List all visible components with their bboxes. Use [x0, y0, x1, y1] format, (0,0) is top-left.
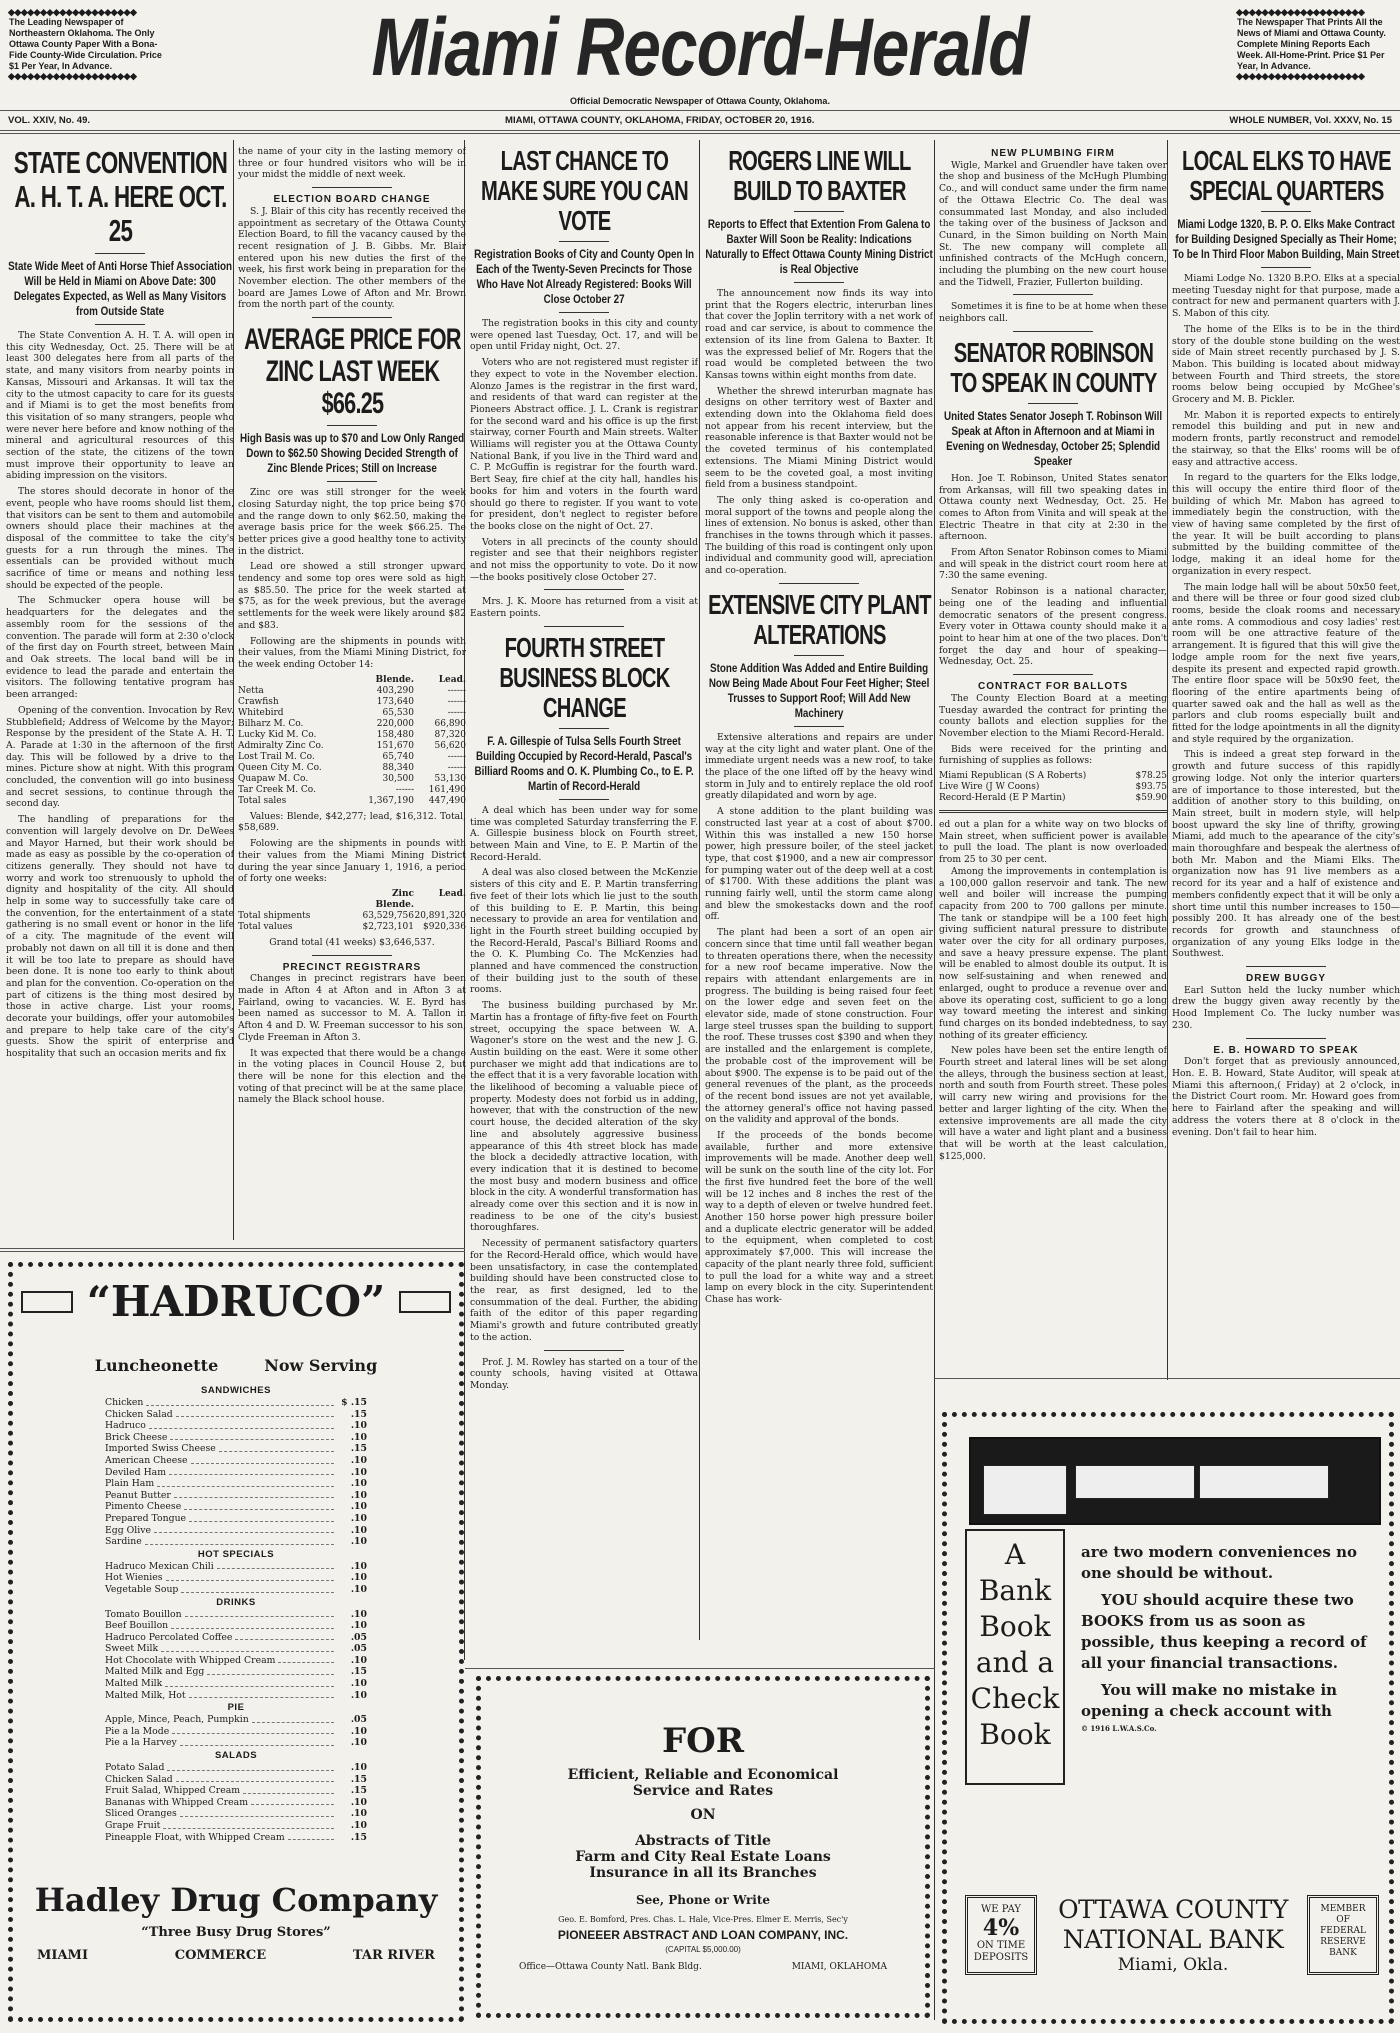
headline: FOURTH STREET BUSINESS BLOCK CHANGE: [470, 633, 698, 723]
menu-item: American Cheese.10: [105, 1455, 367, 1467]
deck: Registration Books of City and County Op…: [470, 247, 698, 307]
divider: [794, 726, 844, 727]
menu-item-price: .15: [337, 1443, 367, 1455]
row-label: Total shipments: [238, 911, 362, 922]
leader-dots: [176, 1409, 334, 1418]
leader-dots: [184, 1501, 334, 1510]
table-row: Total values$2,723,101$920,336: [238, 922, 466, 933]
diamond-border: ◆◆◆◆◆◆◆◆◆◆◆◆◆◆◆◆◆◆◆◆: [8, 72, 163, 81]
deck: United States Senator Joseph T. Robinson…: [939, 409, 1167, 469]
row-label: Record-Herald (E P Martin): [939, 793, 1115, 804]
paragraph: Wigle, Markel and Gruendler have taken o…: [939, 160, 1167, 289]
paragraph: In regard to the quarters for the Elks l…: [1172, 472, 1400, 577]
divider: [0, 1248, 465, 1249]
leader-dots: [278, 1655, 334, 1664]
menu-section-heading: PIE: [105, 1702, 367, 1713]
divider: [544, 589, 624, 590]
leader-dots: [165, 1678, 334, 1687]
leader-dots: [154, 1525, 334, 1534]
menu-item: Malted Milk, Hot.10: [105, 1690, 367, 1702]
menu-item-name: Pie a la Mode: [105, 1726, 169, 1738]
big-word: Book: [967, 1609, 1063, 1645]
paragraph: Whether the shrewd interurban magnate ha…: [705, 386, 933, 491]
row-value: ------: [414, 686, 466, 697]
menu-item-price: .10: [337, 1478, 367, 1490]
leader-dots: [171, 1620, 334, 1629]
interest-rate: 4%: [968, 1916, 1034, 1940]
divider: [559, 728, 609, 729]
big-word: Bank: [967, 1573, 1063, 1609]
row-value: $93.75: [1115, 782, 1167, 793]
menu-item-price: .15: [337, 1832, 367, 1844]
paragraph: A deal was also closed between the McKen…: [470, 867, 698, 996]
menu-item: Beef Bouillon.10: [105, 1620, 367, 1632]
table-row: Lucky Kid M. Co.158,48087,320: [238, 730, 466, 741]
divider: [559, 799, 609, 800]
leader-dots: [166, 1572, 335, 1581]
leader-dots: [145, 1536, 334, 1545]
paragraph: The handling of preparations for the con…: [6, 814, 234, 1060]
menu-item-name: Hadruco: [105, 1420, 146, 1432]
divider: [312, 187, 392, 188]
leader-dots: [163, 1820, 334, 1829]
service: Abstracts of Title: [481, 1833, 925, 1849]
menu-item-price: .15: [337, 1409, 367, 1421]
paragraph: Voters in all precincts of the county sh…: [470, 537, 698, 584]
bank-copy: are two modern conveniences no one shoul…: [1081, 1542, 1371, 1734]
table-row: Whitebird65,530------: [238, 708, 466, 719]
menu-item-price: .10: [337, 1467, 367, 1479]
row-label: Total sales: [238, 796, 362, 807]
box-line: FEDERAL: [1310, 1926, 1376, 1937]
menu-item: Sardine.10: [105, 1536, 367, 1548]
paragraph: Among the improvements in contemplation …: [939, 866, 1167, 1042]
headline: EXTENSIVE CITY PLANT ALTERATIONS: [705, 590, 933, 650]
menu-item-name: Chicken: [105, 1397, 143, 1409]
menu-item-name: Brick Cheese: [105, 1432, 167, 1444]
paragraph: Don't forget that as previously announce…: [1172, 1056, 1400, 1138]
menu-item-name: Sweet Milk: [105, 1643, 158, 1655]
yearly-shipments-table: Zinc Blende.Lead.Total shipments63,529,7…: [238, 889, 466, 933]
menu-item-name: Vegetable Soup: [105, 1584, 178, 1596]
table-row: Record-Herald (E P Martin)$59.90: [939, 793, 1167, 804]
right-ear: ◆◆◆◆◆◆◆◆◆◆◆◆◆◆◆◆◆◆◆◆ The Newspaper That …: [1236, 8, 1391, 81]
row-value: ------: [414, 763, 466, 774]
right-ear-text: The Newspaper That Prints All the News o…: [1236, 17, 1391, 72]
row-value: 158,480: [362, 730, 414, 741]
volume-number: VOL. XXIV, No. 49.: [8, 115, 90, 126]
paragraph: A stone addition to the plant building w…: [705, 806, 933, 923]
row-value: 30,500: [362, 774, 414, 785]
row-value: 20,891,320: [414, 911, 466, 922]
paragraph: If the proceeds of the bonds become avai…: [705, 1130, 933, 1306]
menu-item-name: Pineapple Float, with Whipped Cream: [105, 1832, 285, 1844]
row-value: 220,000: [362, 719, 414, 730]
continued-text: the name of your city in the lasting mem…: [238, 146, 466, 181]
divider: [1013, 294, 1093, 295]
row-label: Netta: [238, 686, 362, 697]
column-5: NEW PLUMBING FIRM Wigle, Markel and Grue…: [939, 146, 1167, 1396]
row-label: Lucky Kid M. Co.: [238, 730, 362, 741]
menu-item-name: Potato Salad: [105, 1762, 164, 1774]
paragraph: Voters who are not registered must regis…: [470, 357, 698, 533]
paragraph: Values: Blende, $42,277; lead, $16,312. …: [238, 811, 466, 834]
menu-item: Chicken Salad.15: [105, 1774, 367, 1786]
divider: [0, 1251, 465, 1252]
menu-item-price: .10: [337, 1797, 367, 1809]
row-value: 65,740: [362, 752, 414, 763]
leader-dots: [172, 1726, 334, 1735]
table-row: Miami Republican (S A Roberts)$78.25: [939, 771, 1167, 782]
menu-item-name: Sardine: [105, 1536, 142, 1548]
headline: ROGERS LINE WILL BUILD TO BAXTER: [705, 146, 933, 206]
menu-item-price: .10: [337, 1501, 367, 1513]
column-rule: [1167, 140, 1168, 1380]
row-value: $78.25: [1115, 771, 1167, 782]
headline: AVERAGE PRICE FOR ZINC LAST WEEK $66.25: [238, 324, 466, 420]
row-value: 161,490: [414, 785, 466, 796]
menu-item: Hadruco.10: [105, 1420, 367, 1432]
row-value: ------: [414, 708, 466, 719]
row-value: $59.90: [1115, 793, 1167, 804]
column-rule: [934, 140, 935, 2020]
row-label: Lost Trail M. Co.: [238, 752, 362, 763]
divider: [327, 481, 377, 482]
checkbook-icon: [1075, 1465, 1195, 1499]
menu-item-price: .10: [337, 1572, 367, 1584]
interest-rate-box: WE PAY 4% ON TIME DEPOSITS: [965, 1895, 1037, 1975]
grand-total: Grand total (41 weeks) $3,646,537.: [238, 937, 466, 949]
row-label: Tar Creek M. Co.: [238, 785, 362, 796]
menu-item-name: Deviled Ham: [105, 1467, 166, 1479]
company-name: PIONEEER ABSTRACT AND LOAN COMPANY, INC.: [481, 1928, 925, 1942]
menu-item: Apple, Mince, Peach, Pumpkin.05: [105, 1714, 367, 1726]
leader-dots: [235, 1632, 334, 1641]
leader-dots: [217, 1561, 334, 1570]
capital: (CAPITAL $5,000.00): [481, 1945, 925, 1954]
paragraph: The Schmucker opera house will be headqu…: [6, 595, 234, 700]
deck: F. A. Gillespie of Tulsa Sells Fourth St…: [470, 734, 698, 794]
row-label: Quapaw M. Co.: [238, 774, 362, 785]
menu-item: Hot Chocolate with Whipped Cream.10: [105, 1655, 367, 1667]
divider: [0, 133, 1400, 134]
ad-on: ON: [481, 1807, 925, 1823]
paragraph: The County Election Board at a meeting T…: [939, 693, 1167, 740]
paragraph: The registration books in this city and …: [470, 318, 698, 353]
table-row: Blende.Lead.: [238, 675, 466, 686]
menu-section-heading: DRINKS: [105, 1597, 367, 1608]
officers: Geo. E. Bomford, Pres. Chas. L. Hale, Vi…: [481, 1915, 925, 1924]
row-value: $2,723,101: [362, 922, 414, 933]
now-serving-label: Now Serving: [264, 1356, 377, 1375]
row-label: Whitebird: [238, 708, 362, 719]
menu-item-name: Bananas with Whipped Cream: [105, 1797, 248, 1809]
menu-item: Sweet Milk.05: [105, 1643, 367, 1655]
headline: STATE CONVENTION A. H. T. A. HERE OCT. 2…: [6, 146, 234, 248]
city: MIAMI, OKLAHOMA: [792, 1962, 887, 1972]
hadruco-ad: “HADRUCO” Luncheonette Now Serving SANDW…: [8, 1262, 464, 2022]
leader-dots: [189, 1690, 334, 1699]
pioneer-abstract-ad: FOR Efficient, Reliable and Economical S…: [476, 1676, 930, 2018]
leader-dots: [207, 1666, 334, 1675]
paragraph: Bids were received for the printing and …: [939, 744, 1167, 767]
paragraph: A deal which has been under way for some…: [470, 805, 698, 864]
menu-item: Pie a la Mode.10: [105, 1726, 367, 1738]
row-label: Crawfish: [238, 697, 362, 708]
menu-item-price: .10: [337, 1762, 367, 1774]
paragraph: Lead ore showed a still stronger upward …: [238, 561, 466, 631]
divider: [1028, 403, 1078, 404]
paragraph: Following are the shipments in pounds wi…: [238, 636, 466, 671]
divider: [327, 425, 377, 426]
menu-item-name: Prepared Tongue: [105, 1513, 186, 1525]
location: MIAMI: [37, 1948, 88, 1963]
table-row: Lost Trail M. Co.65,740------: [238, 752, 466, 763]
row-value: $920,336: [414, 922, 466, 933]
service: Farm and City Real Estate Loans: [481, 1849, 925, 1865]
leader-dots: [243, 1785, 334, 1794]
company-name: Hadley Drug Company: [13, 1881, 459, 1919]
divider: [312, 955, 392, 956]
menu-item: Potato Salad.10: [105, 1762, 367, 1774]
row-value: 66,890: [414, 719, 466, 730]
menu-item: Vegetable Soup.10: [105, 1584, 367, 1596]
table-row: Queen City M. Co.88,340------: [238, 763, 466, 774]
headline: LAST CHANCE TO MAKE SURE YOU CAN VOTE: [470, 146, 698, 236]
menu-item-price: .10: [337, 1561, 367, 1573]
row-value: ------: [362, 785, 414, 796]
column-rule: [699, 140, 700, 1640]
menu-item-price: .10: [337, 1525, 367, 1537]
divider: [1261, 211, 1311, 212]
menu-item-price: .10: [337, 1655, 367, 1667]
menu-item-name: Sliced Oranges: [105, 1808, 177, 1820]
headline: SENATOR ROBINSON TO SPEAK IN COUNTY: [939, 338, 1167, 398]
paragraph: The announcement now finds its way into …: [705, 288, 933, 382]
ledger-illustration: [969, 1437, 1381, 1525]
menu-item-price: .10: [337, 1609, 367, 1621]
leader-dots: [252, 1714, 334, 1723]
menu-item: Fruit Salad, Whipped Cream.15: [105, 1785, 367, 1797]
row-label: Bilharz M. Co.: [238, 719, 362, 730]
leader-dots: [170, 1432, 334, 1441]
brief-item: Mrs. J. K. Moore has returned from a vis…: [470, 596, 698, 619]
paragraph: The main lodge hall will be about 50x50 …: [1172, 582, 1400, 746]
brief-item: Prof. J. M. Rowley has started on a tour…: [470, 1357, 698, 1392]
bank-name-line: OTTAWA COUNTY: [1045, 1895, 1301, 1925]
paragraph: Necessity of permanent satisfactory quar…: [470, 1238, 698, 1343]
row-value: Blende.: [362, 675, 414, 686]
menu-item-name: Tomato Bouillon: [105, 1609, 182, 1621]
paragraph: Miami Lodge No. 1320 B.P.O. Elks at a sp…: [1172, 273, 1400, 320]
divider: [544, 626, 624, 627]
paragraph: Opening of the convention. Invocation by…: [6, 705, 234, 810]
menu-item-name: Imported Swiss Cheese: [105, 1443, 216, 1455]
divider: [1013, 331, 1093, 332]
headline: E. B. HOWARD TO SPEAK: [1172, 1045, 1400, 1057]
bank-ad: ABankBookand aCheckBook are two modern c…: [942, 1412, 1394, 2024]
menu-item: Hot Wienies.10: [105, 1572, 367, 1584]
menu-item: Malted Milk and Egg.15: [105, 1666, 367, 1678]
paragraph: The only thing asked is co-operation and…: [705, 495, 933, 577]
menu-item-price: .15: [337, 1774, 367, 1786]
row-value: ------: [414, 752, 466, 763]
menu-item-price: .10: [337, 1455, 367, 1467]
menu-item-price: .10: [337, 1536, 367, 1548]
paragraph: Earl Sutton held the lucky number which …: [1172, 985, 1400, 1032]
menu-item-price: .10: [337, 1690, 367, 1702]
row-value: 53,130: [414, 774, 466, 785]
ad-taglines: Luncheonette Now Serving: [13, 1356, 459, 1375]
leader-dots: [167, 1762, 334, 1771]
divider: [1246, 966, 1326, 967]
table-row: Live Wire (J W Coons)$93.75: [939, 782, 1167, 793]
menu-item-price: .10: [337, 1432, 367, 1444]
menu-item-price: .10: [337, 1737, 367, 1749]
leader-dots: [288, 1832, 334, 1841]
diamond-border: ◆◆◆◆◆◆◆◆◆◆◆◆◆◆◆◆◆◆◆◆: [1236, 8, 1391, 17]
divider: [934, 1378, 1400, 1379]
bank-name-line: NATIONAL BANK: [1045, 1925, 1301, 1955]
menu-item: Deviled Ham.10: [105, 1467, 367, 1479]
leader-dots: [169, 1467, 334, 1476]
menu-item-name: Chicken Salad: [105, 1774, 173, 1786]
menu-item-name: Malted Milk and Egg: [105, 1666, 204, 1678]
left-ear: ◆◆◆◆◆◆◆◆◆◆◆◆◆◆◆◆◆◆◆◆ The Leading Newspap…: [8, 8, 163, 81]
menu-item-name: Pie a la Harvey: [105, 1737, 177, 1749]
menu-item-price: .10: [337, 1490, 367, 1502]
ad-line: Service and Rates: [481, 1783, 925, 1799]
menu-item-price: $ .15: [337, 1397, 367, 1409]
headline: NEW PLUMBING FIRM: [939, 148, 1167, 160]
paragraph: New poles have been set the entire lengt…: [939, 1045, 1167, 1162]
menu-item: Grape Fruit.10: [105, 1820, 367, 1832]
menu-item: Pie a la Harvey.10: [105, 1737, 367, 1749]
headline: DREW BUGGY: [1172, 973, 1400, 985]
diamond-border: ◆◆◆◆◆◆◆◆◆◆◆◆◆◆◆◆◆◆◆◆: [8, 8, 163, 17]
menu-item-price: .10: [337, 1584, 367, 1596]
table-row: Netta403,290------: [238, 686, 466, 697]
menu-item-name: Hadruco Percolated Coffee: [105, 1632, 232, 1644]
leader-dots: [149, 1420, 334, 1429]
shipments-table: Blende.Lead.Netta403,290------Crawfish17…: [238, 675, 466, 807]
big-words: ABankBookand aCheckBook: [967, 1531, 1063, 1753]
table-row: Total shipments63,529,75620,891,320: [238, 911, 466, 922]
menu-item: Prepared Tongue.10: [105, 1513, 367, 1525]
newspaper-title: Miami Record-Herald: [347, 0, 1052, 96]
menu-item-price: .15: [337, 1666, 367, 1678]
copyright: © 1916 L.W.A.S.Co.: [1081, 1724, 1371, 1734]
menu-item-name: Peanut Butter: [105, 1490, 171, 1502]
row-value: Lead.: [414, 889, 466, 911]
menu-list: SANDWICHESChicken$ .15Chicken Salad.15Ha…: [105, 1385, 367, 1843]
decorative-box: [21, 1291, 73, 1313]
table-row: Zinc Blende.Lead.: [238, 889, 466, 911]
divider: [1261, 267, 1311, 268]
row-value: 56,620: [414, 741, 466, 752]
paragraph: From Afton Senator Robinson comes to Mia…: [939, 547, 1167, 582]
paragraph: The plant had been a sort of an open air…: [705, 927, 933, 1126]
menu-item-name: American Cheese: [105, 1455, 188, 1467]
column-6: LOCAL ELKS TO HAVE SPECIAL QUARTERS Miam…: [1172, 146, 1400, 1386]
menu-item: Brick Cheese.10: [105, 1432, 367, 1444]
divider: [559, 241, 609, 242]
headline: LOCAL ELKS TO HAVE SPECIAL QUARTERS: [1172, 146, 1400, 206]
column-4: ROGERS LINE WILL BUILD TO BAXTER Reports…: [705, 146, 933, 1666]
row-value: ------: [414, 697, 466, 708]
menu-item-name: Apple, Mince, Peach, Pumpkin: [105, 1714, 249, 1726]
ad-title: “HADRUCO”: [13, 1277, 459, 1326]
leader-dots: [146, 1397, 334, 1406]
paragraph: Mr. Mabon it is reported expects to enti…: [1172, 410, 1400, 469]
menu-item: Tomato Bouillon.10: [105, 1609, 367, 1621]
address-line: Office—Ottawa County Natl. Bank Bldg. MI…: [481, 1954, 925, 1972]
bank-location: Miami, Okla.: [1045, 1955, 1301, 1975]
column-3: LAST CHANCE TO MAKE SURE YOU CAN VOTE Re…: [470, 146, 698, 1666]
divider: [312, 317, 392, 318]
divider: [0, 110, 1400, 111]
menu-item-name: Plain Ham: [105, 1478, 154, 1490]
table-row: Crawfish173,640------: [238, 697, 466, 708]
deck: Stone Addition Was Added and Entire Buil…: [705, 661, 933, 721]
deck: State Wide Meet of Anti Horse Thief Asso…: [6, 259, 234, 319]
paragraph: Hon. Joe T. Robinson, United States sena…: [939, 473, 1167, 543]
menu-item: Egg Olive.10: [105, 1525, 367, 1537]
newspaper-subtitle: Official Democratic Newspaper of Ottawa …: [0, 96, 1400, 106]
brief-item: Sometimes it is fine to be at home when …: [939, 301, 1167, 324]
paragraph: Changes in precinct registrars have been…: [238, 973, 466, 1043]
row-value: 173,640: [362, 697, 414, 708]
row-value: Zinc Blende.: [362, 889, 414, 911]
leader-dots: [185, 1609, 334, 1618]
issue-date: MIAMI, OTTAWA COUNTY, OKLAHOMA, FRIDAY, …: [505, 115, 814, 126]
location: TAR RIVER: [353, 1948, 435, 1963]
row-label: [238, 675, 362, 686]
row-value: 87,320: [414, 730, 466, 741]
menu-item-price: .05: [337, 1632, 367, 1644]
column-2: the name of your city in the lasting mem…: [238, 146, 466, 1246]
diamond-border: ◆◆◆◆◆◆◆◆◆◆◆◆◆◆◆◆◆◆◆◆: [1236, 72, 1391, 81]
leader-dots: [189, 1513, 334, 1522]
luncheonette-label: Luncheonette: [95, 1356, 219, 1375]
federal-reserve-box: MEMBER OF FEDERAL RESERVE BANK: [1307, 1895, 1379, 1975]
menu-item-name: Pimento Cheese: [105, 1501, 181, 1513]
menu-section-heading: HOT SPECIALS: [105, 1549, 367, 1560]
box-line: ON TIME: [968, 1940, 1034, 1952]
menu-item-price: .10: [337, 1820, 367, 1832]
menu-item-name: Beef Bouillon: [105, 1620, 168, 1632]
paragraph: It was expected that there would be a ch…: [238, 1048, 466, 1107]
divider: [794, 211, 844, 212]
menu-item-name: Hadruco Mexican Chili: [105, 1561, 214, 1573]
paragraph: S. J. Blair of this city has recently re…: [238, 206, 466, 311]
box-line: BANK: [1310, 1948, 1376, 1959]
paragraph: Folowing are the shipments in pounds wit…: [238, 838, 466, 885]
divider: [794, 655, 844, 656]
row-value: 151,670: [362, 741, 414, 752]
bank-name: OTTAWA COUNTY NATIONAL BANK Miami, Okla.: [1045, 1895, 1301, 1975]
headline: PRECINCT REGISTRARS: [238, 962, 466, 974]
paragraph: Zinc ore was still stronger for the week…: [238, 487, 466, 557]
menu-item: Sliced Oranges.10: [105, 1808, 367, 1820]
deck: Reports to Effect that Extention From Ga…: [705, 217, 933, 277]
divider: [559, 312, 609, 313]
divider: [95, 253, 145, 254]
divider: [95, 324, 145, 325]
leader-dots: [251, 1797, 334, 1806]
menu-section-heading: SANDWICHES: [105, 1385, 367, 1396]
menu-item: Imported Swiss Cheese.15: [105, 1443, 367, 1455]
